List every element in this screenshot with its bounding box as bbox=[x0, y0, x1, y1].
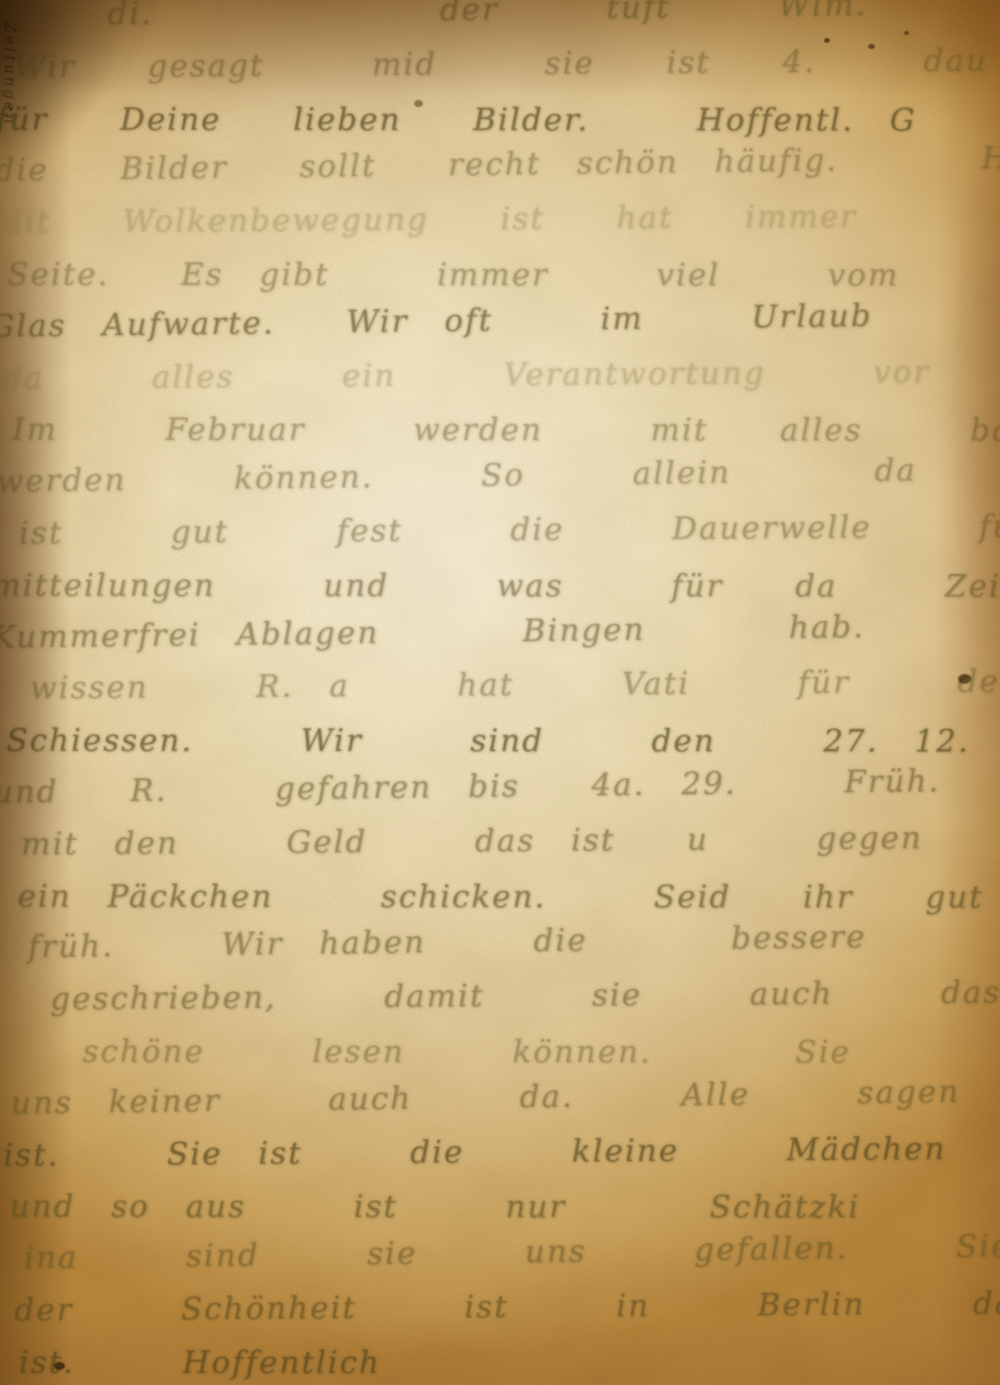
handwriting-line: da alles ein Verantwortung vor bbox=[0, 345, 1000, 404]
ink-speck bbox=[958, 674, 971, 684]
ink-speck bbox=[824, 38, 830, 43]
handwriting-line: mit den Geld das ist u gegen dem bbox=[0, 811, 1000, 870]
edge-watermark: Zeitungen bbox=[1, 22, 19, 127]
handwriting-line: ist. Sie ist die kleine Mädchen bbox=[0, 1122, 1000, 1181]
handwriting-line: ist. Hoffentlich bbox=[0, 1336, 1000, 1385]
handwriting-line: ist gut fest die Dauerwelle für bbox=[0, 500, 1000, 559]
handwriting-block: di. der tuft Wlm. Wir b Wir gesagt mid s… bbox=[0, 0, 1000, 1385]
handwriting-line: früh. Wir haben die bessere bbox=[0, 909, 1000, 974]
handwriting-line: geschrieben, damit sie auch das bbox=[0, 966, 1000, 1025]
handwriting-line: Wir gesagt mid sie ist 4. dau bbox=[0, 34, 1000, 93]
handwriting-line: die Bilder sollt recht schön häufig. H bbox=[0, 132, 1000, 197]
ink-speck bbox=[868, 44, 875, 49]
old-letter-page: di. der tuft Wlm. Wir b Wir gesagt mid s… bbox=[0, 0, 1000, 1385]
ink-speck bbox=[54, 1362, 65, 1370]
handwriting-line: Mit Wolkenbewegung ist hat immer bbox=[0, 189, 1000, 248]
ink-speck bbox=[904, 31, 909, 35]
handwriting-line: der Schönheit ist in Berlin da bbox=[0, 1277, 1000, 1336]
ink-speck bbox=[414, 100, 423, 107]
handwriting-line: wissen R. a hat Vati für den bbox=[0, 656, 1000, 715]
